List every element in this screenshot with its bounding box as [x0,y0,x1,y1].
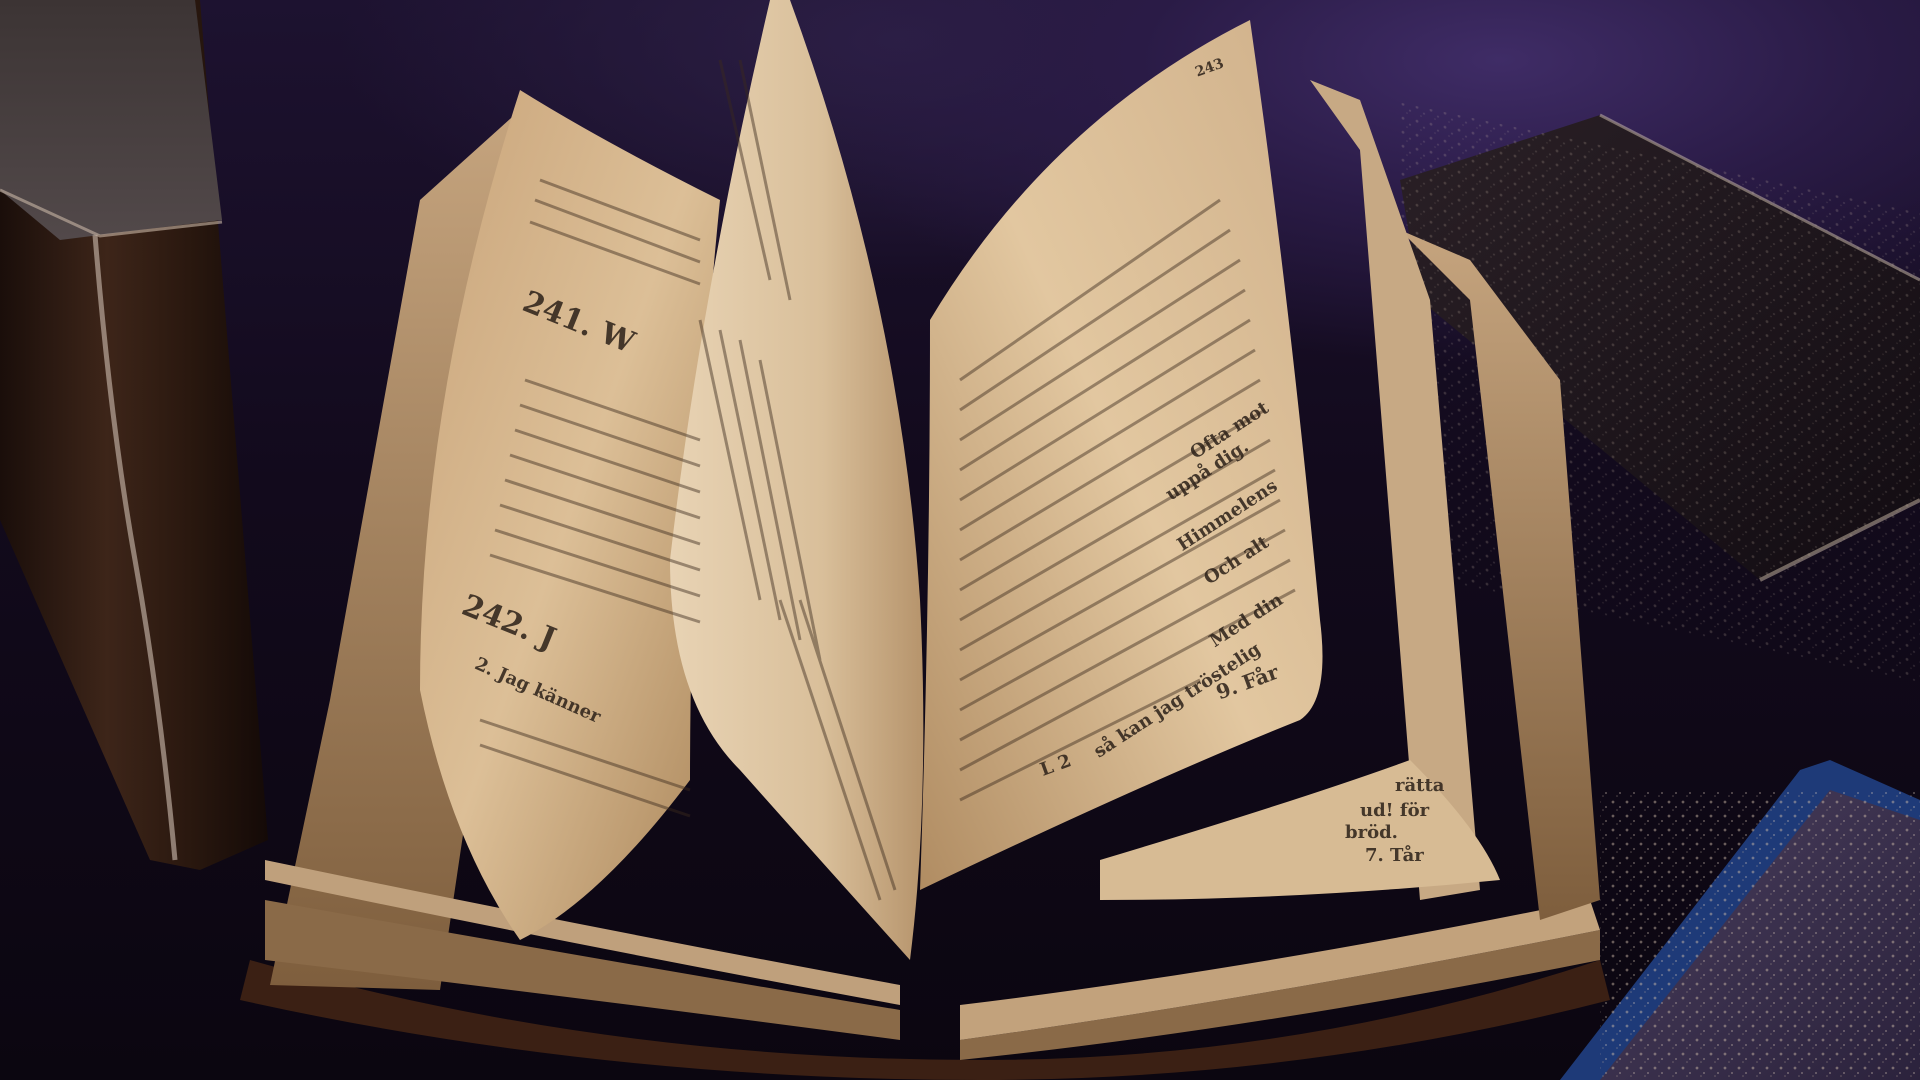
open-book [0,0,1920,1080]
underlying-fragment-7-tar: 7. Tår [1365,845,1424,866]
underlying-fragment-brod: bröd. [1345,822,1398,843]
underlying-fragment-ratta: rätta [1395,775,1444,796]
underlying-fragment-ud-for: ud! för [1360,800,1429,821]
photo-scene: 241. W 242. J 2. Jag känner 243 Ofta mot… [0,0,1920,1080]
